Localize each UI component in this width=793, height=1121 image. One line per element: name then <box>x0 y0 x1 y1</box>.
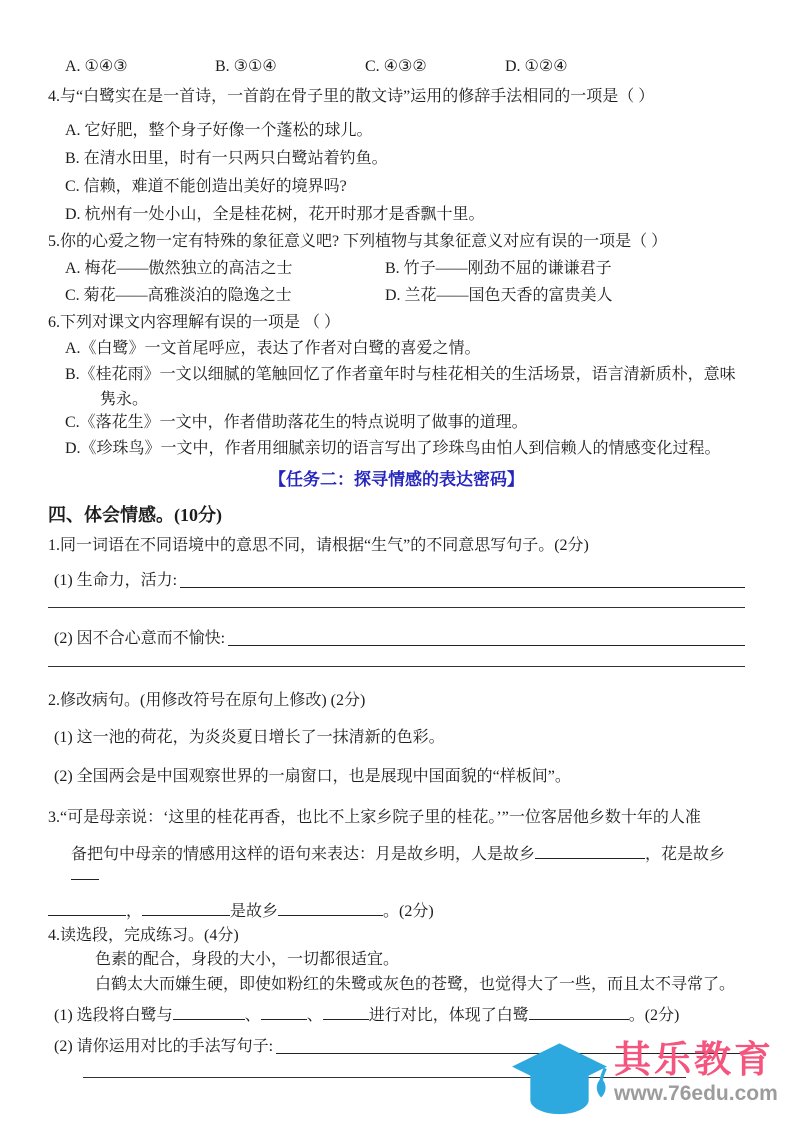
question-6-stem: 6.下列对课文内容理解有误的一项是 （ ） <box>48 313 745 333</box>
question-6-option-b: B.《桂花雨》一文以细腻的笔触回忆了作者童年时与桂花相关的生活场景，语言清新质朴… <box>65 365 745 385</box>
answer-blank <box>48 901 126 916</box>
logo-url: www.76edu.com <box>614 1082 778 1106</box>
s4-q1-sub1-label: (1) 生命力，活力: <box>54 570 177 592</box>
question-4-option-d: D. 杭州有一处小山，全是桂花树，花开时那才是香飘十里。 <box>65 205 745 225</box>
answer-option-a: A. ①④③ <box>65 57 215 77</box>
writing-line <box>48 607 745 608</box>
question-5-option-d: D. 兰花——国色天香的富贵美人 <box>385 286 745 306</box>
answer-blank <box>261 1005 307 1020</box>
question-6-option-d: D.《珍珠鸟》一文中，作者用细腻亲切的语言写出了珍珠鸟由怕人到信赖人的情感变化过… <box>65 439 745 459</box>
answer-blank <box>535 844 645 859</box>
answer-line <box>228 628 745 646</box>
q3-line3-text2: 是故乡 <box>230 903 278 920</box>
answer-blank <box>142 901 230 916</box>
q3-line3-text3: 。(2分) <box>383 903 434 920</box>
question-4-option-c: C. 信赖，难道不能创造出美好的境界吗? <box>65 177 745 197</box>
question-6-option-b-wrap: 隽永。 <box>100 390 745 410</box>
answer-options-row: A. ①④③ B. ③①④ C. ④③② D. ①②④ <box>65 57 745 77</box>
s4-q2-sub2: (2) 全国两会是中国观察世界的一扇窗口，也是展现中国面貌的“样板间”。 <box>54 767 745 787</box>
q3-line3-text: ， <box>126 903 142 920</box>
question-6-option-c: C.《落花生》一文中，作者借助落花生的特点说明了做事的道理。 <box>65 413 745 433</box>
q4-sub1-text4: 进行对比，体现了白鹭 <box>369 1007 529 1024</box>
question-6-option-a: A.《白鹭》一文首尾呼应，表达了作者对白鹭的喜爱之情。 <box>65 339 745 359</box>
answer-blank <box>323 1005 369 1020</box>
s4-question-4-stem: 4.读选段，完成练习。(4分) <box>48 926 745 946</box>
question-4-option-b: B. 在清水田里，时有一只两只白鹭站着钓鱼。 <box>65 149 745 169</box>
q4-sub1-text3: 、 <box>307 1007 323 1024</box>
answer-option-d: D. ①②④ <box>505 57 745 77</box>
exam-page: A. ①④③ B. ③①④ C. ④③② D. ①②④ 4.与“白鹭实在是一首诗… <box>0 0 793 1078</box>
writing-line <box>48 666 745 667</box>
publisher-logo: 其乐教育 www.76edu.com <box>512 1040 778 1120</box>
section-title: 四、体会情感。(10分) <box>48 504 745 526</box>
q4-sub1-text2: 、 <box>245 1007 261 1024</box>
answer-blank <box>71 865 99 880</box>
logo-text-block: 其乐教育 www.76edu.com <box>614 1040 778 1106</box>
q3-line2-text2: ，花是故乡 <box>645 846 725 863</box>
answer-option-b: B. ③①④ <box>215 57 365 77</box>
question-4-option-a: A. 它好肥，整个身子好像一个蓬松的球儿。 <box>65 121 745 141</box>
s4-q1-sub2-label: (2) 因不合心意而不愉快: <box>54 628 225 650</box>
s4-question-2-stem: 2.修改病句。(用修改符号在原句上修改) (2分) <box>48 691 745 711</box>
question-5-option-b: B. 竹子——刚劲不屈的谦谦君子 <box>385 259 745 279</box>
question-5-options: A. 梅花——傲然独立的高洁之士 B. 竹子——刚劲不屈的谦谦君子 C. 菊花—… <box>65 259 745 306</box>
answer-blank <box>278 901 383 916</box>
s4-question-3-line3: ，是故乡。(2分) <box>48 901 745 922</box>
graduation-cap-icon <box>512 1040 612 1120</box>
question-5-stem: 5.你的心爱之物一定有特殊的象征意义吧? 下列植物与其象征意义对应有误的一项是（… <box>48 232 745 252</box>
s4-question-1-stem: 1.同一词语在不同语境中的意思不同，请根据“生气”的不同意思写句子。(2分) <box>48 536 745 556</box>
answer-blank <box>529 1005 629 1020</box>
q4-sub1-text: (1) 选段将白鹭与 <box>54 1007 173 1024</box>
q4-sub1-text5: 。(2分) <box>629 1007 680 1024</box>
answer-option-c: C. ④③② <box>365 57 505 77</box>
s4-question-3-line1: 3.“可是母亲说：‘这里的桂花再香，也比不上家乡院子里的桂花。’”一位客居他乡数… <box>48 808 745 828</box>
task-banner: 【任务二：探寻情感的表达密码】 <box>48 470 745 490</box>
s4-q4-sub2-label: (2) 请你运用对比的手法写句子: <box>54 1036 273 1058</box>
q3-line2-text: 备把句中母亲的情感用这样的语句来表达：月是故乡明，人是故乡 <box>71 846 535 863</box>
answer-line <box>180 570 745 588</box>
answer-blank <box>173 1005 245 1020</box>
s4-q4-sub1: (1) 选段将白鹭与、、进行对比，体现了白鹭。(2分) <box>54 1005 745 1026</box>
passage-line-2: 白鹤太大而嫌生硬，即使如粉红的朱鹭或灰色的苍鹭，也觉得大了一些，而且太不寻常了。 <box>95 975 745 995</box>
passage-line-1: 色素的配合，身段的大小，一切都很适宜。 <box>95 950 745 970</box>
s4-q1-sub1: (1) 生命力，活力: <box>54 570 745 592</box>
question-4-stem: 4.与“白鹭实在是一首诗，一首韵在骨子里的散文诗”运用的修辞手法相同的一项是（ … <box>48 87 745 107</box>
question-5-option-c: C. 菊花——高雅淡泊的隐逸之士 <box>65 286 385 306</box>
s4-q1-sub2: (2) 因不合心意而不愉快: <box>54 628 745 650</box>
logo-name: 其乐教育 <box>614 1040 778 1080</box>
s4-question-3-line2: 备把句中母亲的情感用这样的语句来表达：月是故乡明，人是故乡，花是故乡 <box>71 844 745 886</box>
s4-q2-sub1: (1) 这一池的荷花，为炎炎夏日增长了一抹清新的色彩。 <box>54 728 745 748</box>
question-5-option-a: A. 梅花——傲然独立的高洁之士 <box>65 259 385 279</box>
